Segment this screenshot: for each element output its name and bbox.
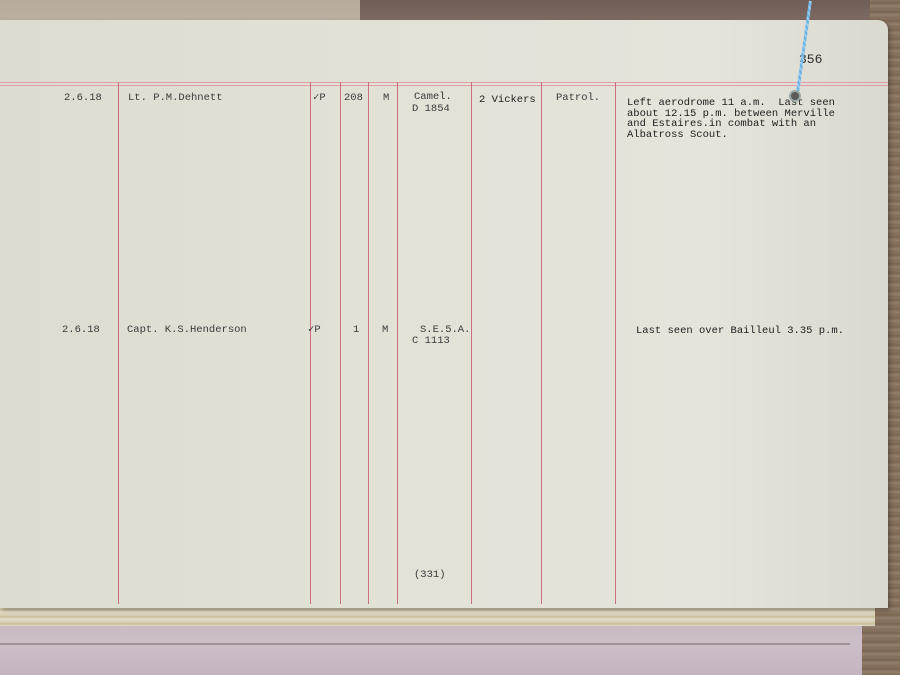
underlying-paper-edge	[0, 0, 360, 22]
ledger-page: 356 2.6.18 Lt. P.M.Dehnett ✓P 208 M Came…	[0, 20, 888, 608]
footer-number: (331)	[414, 570, 446, 581]
entry-squadron: 1	[353, 325, 359, 336]
column-rule-squadron	[368, 82, 369, 604]
entry-squadron: 208	[344, 93, 363, 104]
entry-name: Lt. P.M.Dehnett	[128, 93, 223, 104]
entry-serial: D 1854	[412, 104, 450, 115]
entry-status: ✓P	[313, 93, 326, 104]
column-rule-aircraft	[471, 82, 472, 604]
entry-status: ✓P	[308, 325, 321, 336]
column-rule-name	[310, 82, 311, 604]
column-rule-armament	[541, 82, 542, 604]
entry-date: 2.6.18	[64, 93, 102, 104]
folder-cover	[0, 622, 862, 675]
column-rule-date	[118, 82, 119, 604]
entry-duty: Patrol.	[556, 93, 600, 104]
entry-name: Capt. K.S.Henderson	[127, 325, 247, 336]
entry-date: 2.6.18	[62, 325, 100, 336]
entry-fate: M	[383, 93, 389, 104]
header-rule-bottom	[0, 85, 888, 86]
column-rule-fate	[397, 82, 398, 604]
column-rule-duty	[615, 82, 616, 604]
entry-aircraft: Camel.	[414, 92, 452, 103]
entry-remarks: Last seen over Bailleul 3.35 p.m.	[636, 326, 844, 337]
entry-armament: 2 Vickers	[479, 95, 536, 106]
header-rule-top	[0, 82, 888, 83]
entry-serial: C 1113	[412, 336, 450, 347]
entry-remarks: Left aerodrome 11 a.m. Last seen about 1…	[627, 98, 835, 140]
binding-eyelet	[789, 90, 801, 102]
entry-fate: M	[382, 325, 388, 336]
folder-crease	[0, 643, 850, 645]
column-rule-status	[340, 82, 341, 604]
